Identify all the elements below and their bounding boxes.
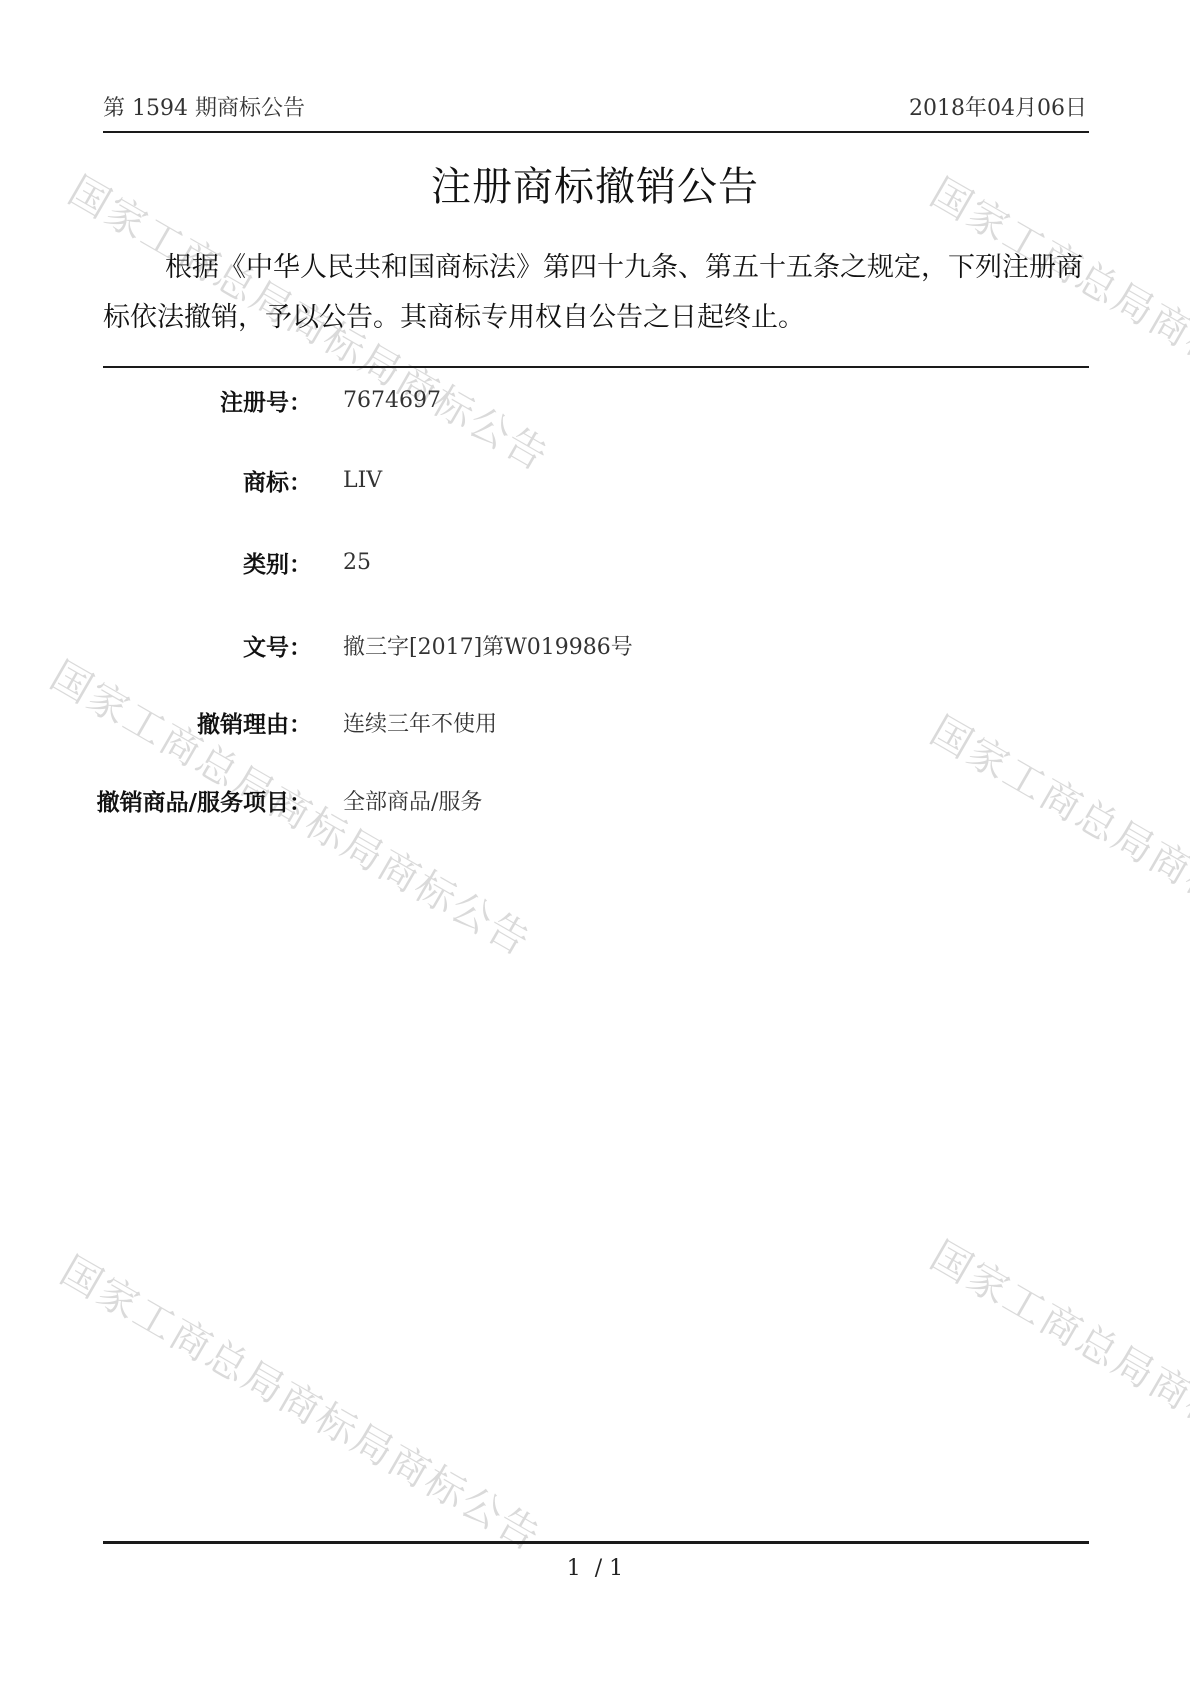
publication-date: 2018年04月06日 bbox=[909, 91, 1087, 122]
footer-divider bbox=[103, 1541, 1089, 1544]
field-trademark: 商标： LIV bbox=[0, 460, 1190, 500]
document-page: 国家工商总局商标局商标公告 国家工商总局商标局商标公告 国家工商总局商标局商标公… bbox=[0, 0, 1190, 1684]
section-divider bbox=[103, 366, 1089, 368]
field-label: 类别： bbox=[0, 546, 343, 579]
field-value: 25 bbox=[343, 550, 371, 575]
page-header: 第 1594 期商标公告 2018年04月06日 bbox=[103, 88, 1087, 124]
watermark: 国家工商总局商标局商标公告 bbox=[922, 700, 1190, 1022]
field-label: 文号： bbox=[0, 629, 343, 662]
watermark: 国家工商总局商标局商标公告 bbox=[52, 1240, 553, 1562]
field-label: 注册号： bbox=[0, 384, 343, 417]
field-cancellation-reason: 撤销理由： 连续三年不使用 bbox=[0, 702, 1190, 742]
field-value: LIV bbox=[343, 468, 382, 493]
field-registration-number: 注册号： 7674697 bbox=[0, 380, 1190, 420]
field-document-number: 文号： 撤三字[2017]第W019986号 bbox=[0, 625, 1190, 665]
field-class: 类别： 25 bbox=[0, 542, 1190, 582]
issue-number: 第 1594 期商标公告 bbox=[103, 91, 305, 122]
field-label: 撤销理由： bbox=[0, 706, 343, 739]
page-indicator: 1 / 1 bbox=[0, 1556, 1190, 1581]
field-cancelled-goods-services: 撤销商品/服务项目： 全部商品/服务 bbox=[0, 780, 1190, 820]
watermark: 国家工商总局商标局商标公告 bbox=[922, 1225, 1190, 1547]
header-divider bbox=[103, 131, 1089, 133]
field-label: 商标： bbox=[0, 464, 343, 497]
intro-paragraph: 根据《中华人民共和国商标法》第四十九条、第五十五条之规定，下列注册商标依法撤销，… bbox=[103, 243, 1089, 343]
field-value: 7674697 bbox=[343, 388, 441, 413]
field-value: 全部商品/服务 bbox=[343, 785, 482, 816]
field-value: 连续三年不使用 bbox=[343, 707, 497, 738]
field-value: 撤三字[2017]第W019986号 bbox=[343, 630, 633, 661]
page-title: 注册商标撤销公告 bbox=[0, 155, 1190, 212]
field-label: 撤销商品/服务项目： bbox=[0, 784, 343, 817]
